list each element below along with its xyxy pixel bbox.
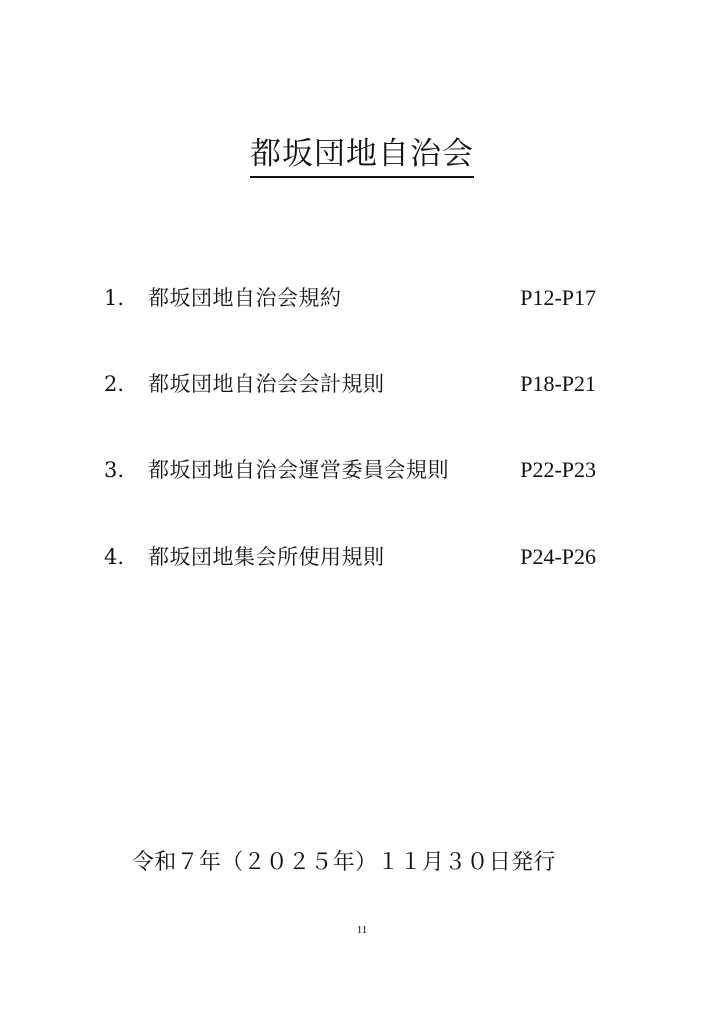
toc-number: 4. [104,542,124,572]
toc-number: 2. [104,369,124,399]
page-number: 11 [0,924,724,936]
issue-date: 令和７年（２０２５年）１１月３０日発行 [132,848,602,878]
toc-item: 1. 都坂団地自治会規約 P12-P17 [104,283,604,313]
toc-label: 都坂団地自治会規約 [148,283,342,313]
toc-label: 都坂団地自治会運営委員会規則 [148,455,449,485]
toc-pages: P22-P23 [520,455,596,485]
toc-label: 都坂団地集会所使用規則 [148,542,385,572]
toc-pages: P12-P17 [520,283,596,313]
toc-number: 3. [104,455,124,485]
document-title: 都坂団地自治会 [250,134,474,178]
toc-item: 4. 都坂団地集会所使用規則 P24-P26 [104,542,604,572]
toc-number: 1. [104,283,124,313]
toc-item: 3. 都坂団地自治会運営委員会規則 P22-P23 [104,455,604,485]
toc-label: 都坂団地自治会会計規則 [148,369,385,399]
toc-pages: P24-P26 [520,542,596,572]
toc-pages: P18-P21 [520,369,596,399]
toc-item: 2. 都坂団地自治会会計規則 P18-P21 [104,369,604,399]
